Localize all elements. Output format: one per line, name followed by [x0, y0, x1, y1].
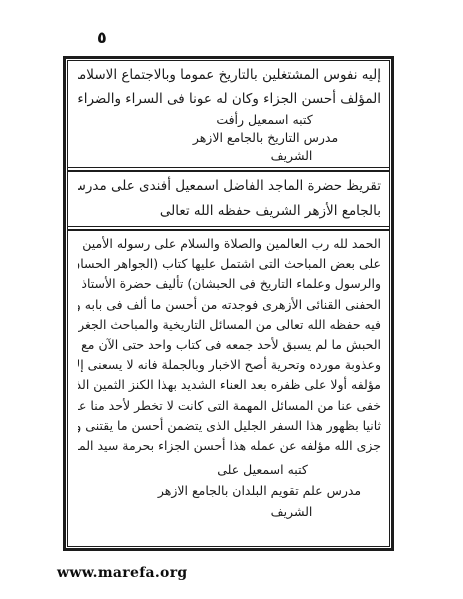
bottom-signature-block: كتبه اسمعيل على مدرس علم تقويم البلدان ب… — [78, 459, 381, 522]
signature-line: الشريف — [140, 147, 390, 165]
section-divider — [68, 226, 389, 231]
signature-line: الشريف — [140, 501, 390, 522]
scanned-book-page: { "page": { "number": "٥", "watermark": … — [0, 0, 463, 599]
signature-line: مدرس التاريخ بالجامع الازهر — [114, 129, 390, 147]
page-frame: إليه نفوس المشتغلين بالتاريخ عموما وبالا… — [63, 56, 394, 551]
body-line: خفى عنا من المسائل المهمة التى كانت لا ت… — [78, 396, 381, 416]
page-number: ٥ — [97, 28, 107, 47]
section-divider — [68, 167, 389, 172]
body-line: ثانيا بظهور هذا السفر الجليل الذى يتضمن … — [78, 416, 381, 436]
body-line: مؤلفه أولا على ظفره بعد العناء الشديد به… — [78, 375, 381, 395]
signature-line: مدرس علم تقويم البلدان بالجامع الازهر — [108, 480, 390, 501]
body-line: الحفنى القنائى الأزهرى فوجدته من أحسن ما… — [78, 295, 381, 315]
body-line: الحمد لله رب العالمين والصلاة والسلام عل… — [78, 234, 381, 254]
tribute-line: إليه نفوس المشتغلين بالتاريخ عموما وبالا… — [78, 63, 381, 87]
page-frame-inner: إليه نفوس المشتغلين بالتاريخ عموما وبالا… — [67, 60, 390, 547]
tribute-body: الحمد لله رب العالمين والصلاة والسلام عل… — [78, 234, 381, 456]
tribute-heading: تقريظ حضرة الماجد الفاضل اسمعيل أفندى عل… — [78, 174, 381, 224]
body-line: على بعض المباحث التى اشتمل عليها كتاب (ا… — [78, 254, 381, 274]
tribute-line: المؤلف أحسن الجزاء وكان له عونا فى السرا… — [78, 87, 381, 111]
top-tribute-paragraph: إليه نفوس المشتغلين بالتاريخ عموما وبالا… — [78, 63, 381, 111]
heading-line: تقريظ حضرة الماجد الفاضل اسمعيل أفندى عل… — [78, 174, 381, 199]
body-line: جزى الله مؤلفه عن عمله هذا أحسن الجزاء ب… — [78, 436, 381, 456]
heading-line: بالجامع الأزهر الشريف حفظه الله تعالى — [78, 199, 381, 224]
signature-line: كتبه اسمعيل رأفت — [113, 111, 390, 129]
watermark-url: www.marefa.org — [57, 565, 187, 581]
body-line: والرسول وعلماء التاريخ فى الحبشان) تأليف… — [78, 274, 381, 294]
signature-line: كتبه اسمعيل على — [111, 459, 390, 480]
body-line: فيه حفظه الله تعالى من المسائل التاريخية… — [78, 315, 381, 335]
body-line: وعذوبة مورده وتحرية أصح الاخبار وبالجملة… — [78, 355, 381, 375]
body-line: الحبش ما لم يسبق لأحد جمعه فى كتاب واحد … — [78, 335, 381, 355]
top-signature-block: كتبه اسمعيل رأفت مدرس التاريخ بالجامع ال… — [78, 111, 381, 165]
